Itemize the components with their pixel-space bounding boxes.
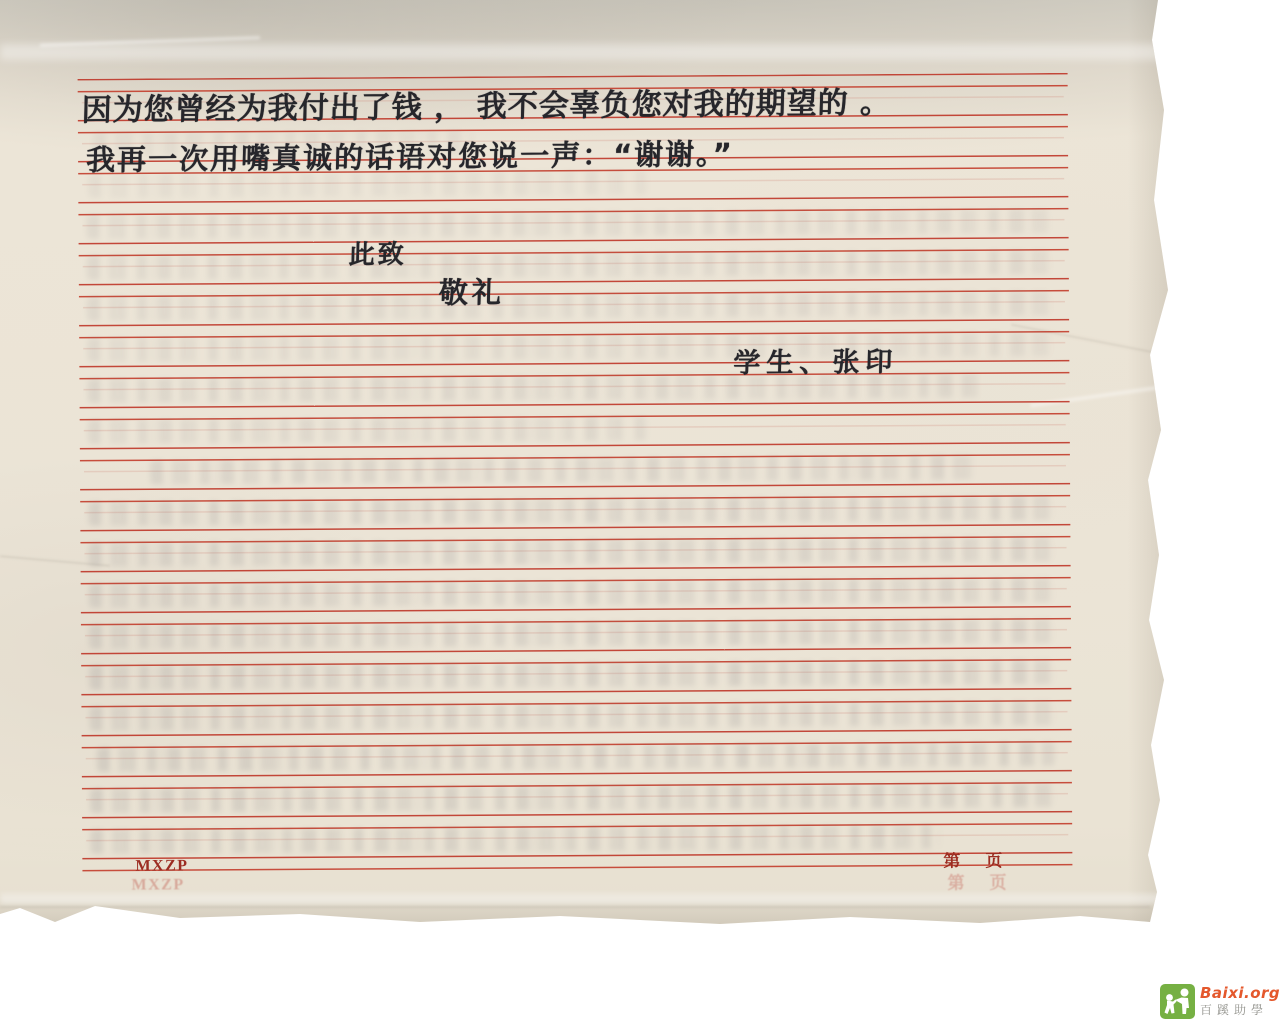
- closing-jingli: 敬礼: [439, 278, 506, 308]
- closing-cizhi: 此致: [348, 242, 407, 269]
- letter-paper: 因为您曾经为我付出了钱 ， 我不会辜负您对我的期望的 。 我再一次用嘴真诚的话语…: [0, 0, 1178, 932]
- bleed-through-writing: [0, 0, 1175, 3]
- watermark-site-name: Baixi.org: [1200, 986, 1280, 1001]
- stationery-code: MXZP: [135, 857, 188, 875]
- scanned-letter-image: 因为您曾经为我付出了钱 ， 我不会辜负您对我的期望的 。 我再一次用嘴真诚的话语…: [0, 0, 1280, 1024]
- signature-student-name: 学生、张印: [733, 349, 899, 378]
- stationery-code-ghost: MXZP: [131, 876, 184, 894]
- page-number-label-ghost: 第 页: [947, 868, 1010, 893]
- handwritten-line-1: 因为您曾经为我付出了钱 ， 我不会辜负您对我的期望的 。: [81, 89, 891, 127]
- baixi-watermark: Baixi.org 百蹊助學: [1160, 981, 1278, 1021]
- handwritten-line-2: 我再一次用嘴真诚的话语对您说一声：“谢谢。”: [86, 140, 734, 175]
- bleed-through-row: [150, 455, 980, 484]
- people-holding-hands-icon: [1160, 984, 1195, 1019]
- watermark-site-name-chinese: 百蹊助學: [1200, 1004, 1280, 1016]
- bleed-through-row: [88, 416, 648, 443]
